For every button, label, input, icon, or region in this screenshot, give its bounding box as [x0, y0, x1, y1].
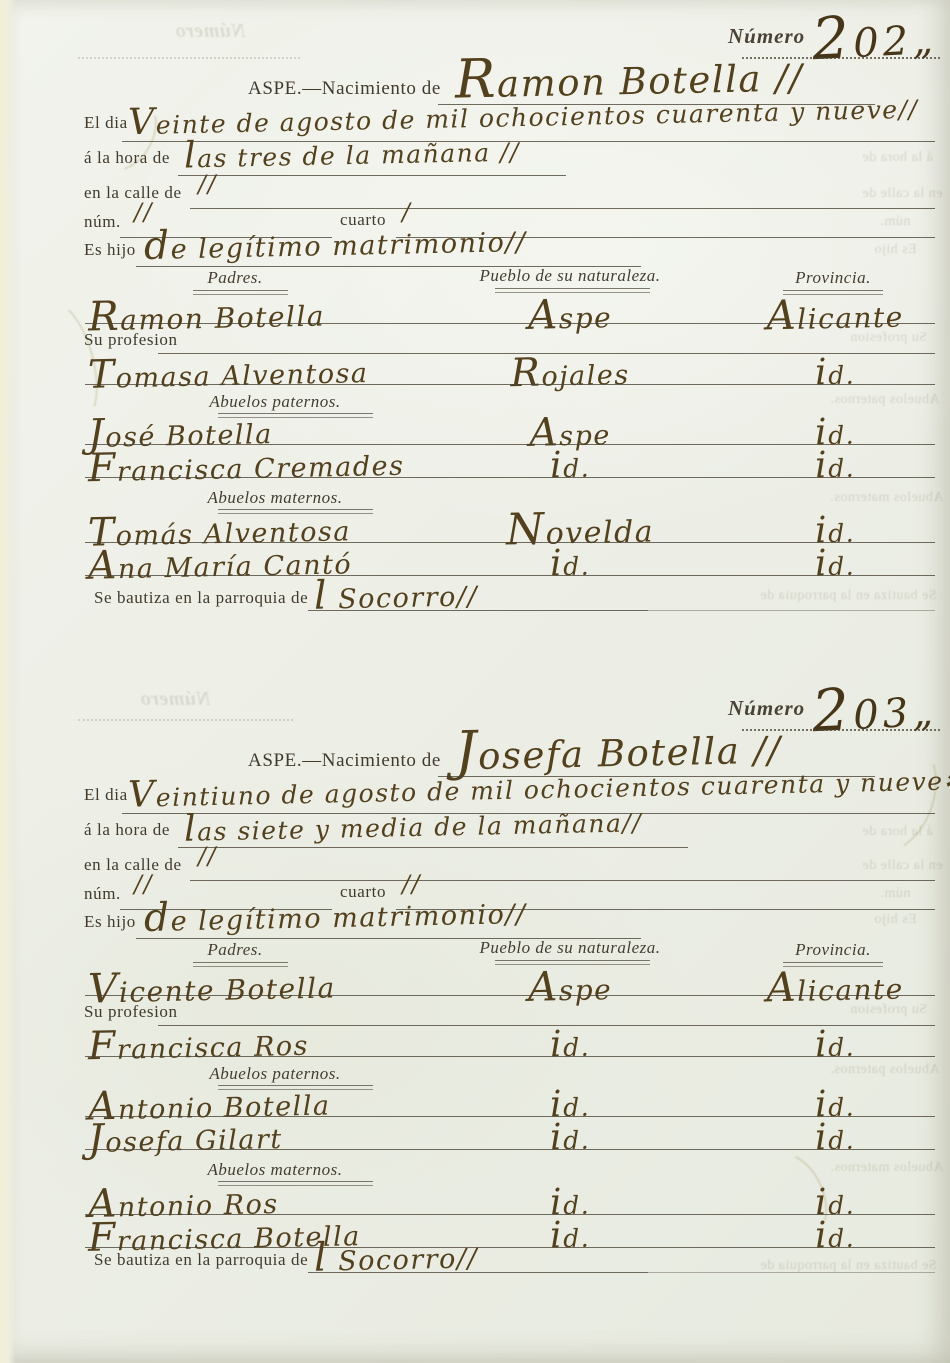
underline	[190, 208, 935, 209]
profession-label: Su profesion	[84, 330, 178, 350]
house-number-label: núm.	[84, 884, 121, 904]
record-number-value: 202„	[810, 0, 938, 73]
father-province: Alicante	[735, 960, 936, 1012]
record-number-value: 203„	[810, 671, 938, 745]
paternal-grandmother-province: id.	[735, 1113, 936, 1160]
birth-hour-label: á la hora de	[84, 820, 170, 840]
birth-day-label: El dia	[84, 785, 128, 805]
paternal-grandmother-town: id.	[470, 1113, 671, 1160]
paternal-grandmother-name: Josefa Gilart	[88, 1113, 284, 1162]
row-rule	[85, 995, 935, 996]
birth-hour-value: las tres de la mañana //	[184, 126, 521, 176]
underline	[648, 1272, 935, 1273]
birth-record-203: Número 203„ ASPE.—Nacimiento de Josefa B…	[0, 672, 950, 1332]
row-rule	[85, 1056, 935, 1057]
baptism-parish-label: Se bautiza en la parroquia de	[94, 588, 308, 608]
street-value: //	[198, 842, 218, 870]
column-header-province: Provincia.	[758, 940, 908, 960]
street-value: //	[198, 170, 218, 198]
mother-name: Tomasa Alventosa	[88, 347, 369, 398]
underline	[178, 175, 566, 176]
legitimacy-label: Es hijo	[84, 912, 136, 932]
row-rule	[85, 575, 935, 576]
column-header-parents: Padres.	[160, 268, 310, 288]
legitimacy-label: Es hijo	[84, 240, 136, 260]
legitimacy-value: de legítimo matrimonio//	[144, 888, 527, 941]
paternal-grandmother-province: id.	[735, 441, 936, 488]
underline	[648, 610, 935, 611]
father-province: Alicante	[735, 288, 936, 340]
underline	[178, 847, 688, 848]
column-header-parents: Padres.	[160, 940, 310, 960]
column-header-town: Pueblo de su naturaleza.	[440, 266, 700, 286]
underline	[308, 1272, 648, 1273]
paternal-grandmother-name: Francisca Cremades	[88, 440, 405, 492]
house-number-value: //	[134, 870, 154, 898]
maternal-grandmother-town: id.	[470, 1211, 671, 1258]
baptism-parish-label: Se bautiza en la parroquia de	[94, 1250, 308, 1270]
house-number-value: //	[134, 198, 154, 226]
baptism-parish-value: l Socorro//	[314, 570, 479, 618]
paternal-grandmother-town: id.	[470, 441, 671, 488]
mother-town: Rojales	[470, 348, 671, 397]
section-header-maternal-grandparents: Abuelos maternos.	[185, 1160, 365, 1180]
row-rule	[85, 477, 935, 478]
register-page-scan: Número Número á la hora de en la calle d…	[0, 0, 950, 1363]
maternal-grandmother-province: id.	[735, 539, 936, 586]
row-rule	[85, 1247, 935, 1248]
row-rule	[85, 1149, 935, 1150]
row-rule	[85, 384, 935, 385]
father-town: Aspe	[470, 960, 671, 1012]
column-header-town: Pueblo de su naturaleza.	[440, 938, 700, 958]
mother-town: id.	[470, 1020, 671, 1067]
underline	[190, 880, 935, 881]
father-town: Aspe	[470, 288, 671, 340]
mother-province: id.	[735, 348, 936, 395]
maternal-grandmother-province: id.	[735, 1211, 936, 1258]
birth-day-label: El dia	[84, 113, 128, 133]
mother-name: Francisca Ros	[88, 1020, 310, 1070]
birth-record-202: Número 202„ ASPE.—Nacimiento de Ramon Bo…	[0, 0, 950, 660]
mother-province: id.	[735, 1020, 936, 1067]
column-header-province: Provincia.	[758, 268, 908, 288]
baptism-parish-value: l Socorro//	[314, 1232, 479, 1280]
underline	[308, 610, 648, 611]
birth-hour-value: las siete y media de la mañana//	[184, 797, 643, 850]
legitimacy-value: de legítimo matrimonio//	[144, 216, 527, 269]
house-number-label: núm.	[84, 212, 121, 232]
birth-hour-label: á la hora de	[84, 148, 170, 168]
row-rule	[85, 323, 935, 324]
profession-label: Su profesion	[84, 1002, 178, 1022]
maternal-grandmother-town: id.	[470, 539, 671, 586]
